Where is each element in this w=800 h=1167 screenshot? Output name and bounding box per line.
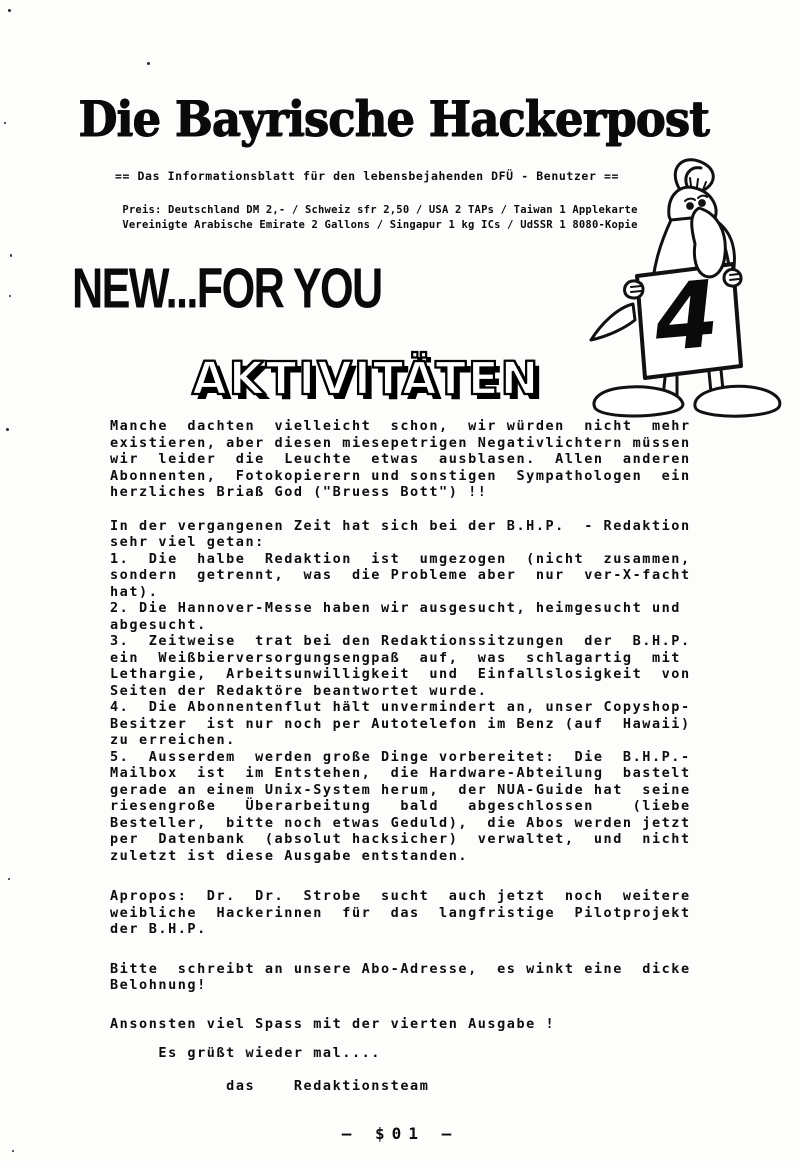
mascot-illustration: 4 bbox=[583, 158, 797, 426]
cartoon-bird-mascot-icon: 4 bbox=[583, 158, 797, 426]
masthead-subtitle: == Das Informationsblatt für den lebensb… bbox=[84, 169, 650, 183]
paragraph-team: das Redaktionsteam bbox=[110, 1078, 728, 1095]
scanned-zine-page: Die Bayrische Hackerpost == Das Informat… bbox=[0, 0, 800, 1167]
scan-speck bbox=[8, 9, 11, 12]
scan-speck bbox=[12, 1150, 14, 1152]
paragraph-greeting: Manche dachten vielleicht schon, wir wür… bbox=[110, 418, 728, 501]
headline-new-for-you: NEW...FOR YOU bbox=[72, 256, 382, 321]
section-title-aktivitaeten: AKTIVITÄTEN bbox=[192, 352, 540, 405]
scan-speck bbox=[10, 254, 12, 257]
scan-speck bbox=[9, 295, 11, 297]
paragraph-news-list: In der vergangenen Zeit hat sich bei der… bbox=[110, 518, 728, 865]
paragraph-wish: Ansonsten viel Spass mit der vierten Aus… bbox=[110, 1016, 728, 1033]
masthead-title: Die Bayrische Hackerpost bbox=[78, 90, 664, 147]
scan-speck bbox=[8, 878, 10, 880]
issue-number: 4 bbox=[649, 260, 723, 372]
paragraph-abo-callout: Bitte schreibt an unsere Abo-Adresse, es… bbox=[110, 961, 728, 994]
masthead-price-lines: Preis: Deutschland DM 2,- / Schweiz sfr … bbox=[118, 203, 642, 233]
article-body: Manche dachten vielleicht schon, wir wür… bbox=[110, 418, 728, 1111]
paragraph-apropos: Apropos: Dr. Dr. Strobe sucht auch jetzt… bbox=[110, 888, 728, 938]
scan-speck bbox=[4, 122, 6, 124]
paragraph-signoff: Es grüßt wieder mal.... bbox=[110, 1045, 728, 1062]
scan-speck bbox=[147, 62, 150, 65]
page-number: — $01 — bbox=[0, 1124, 800, 1143]
scan-speck bbox=[6, 428, 9, 431]
